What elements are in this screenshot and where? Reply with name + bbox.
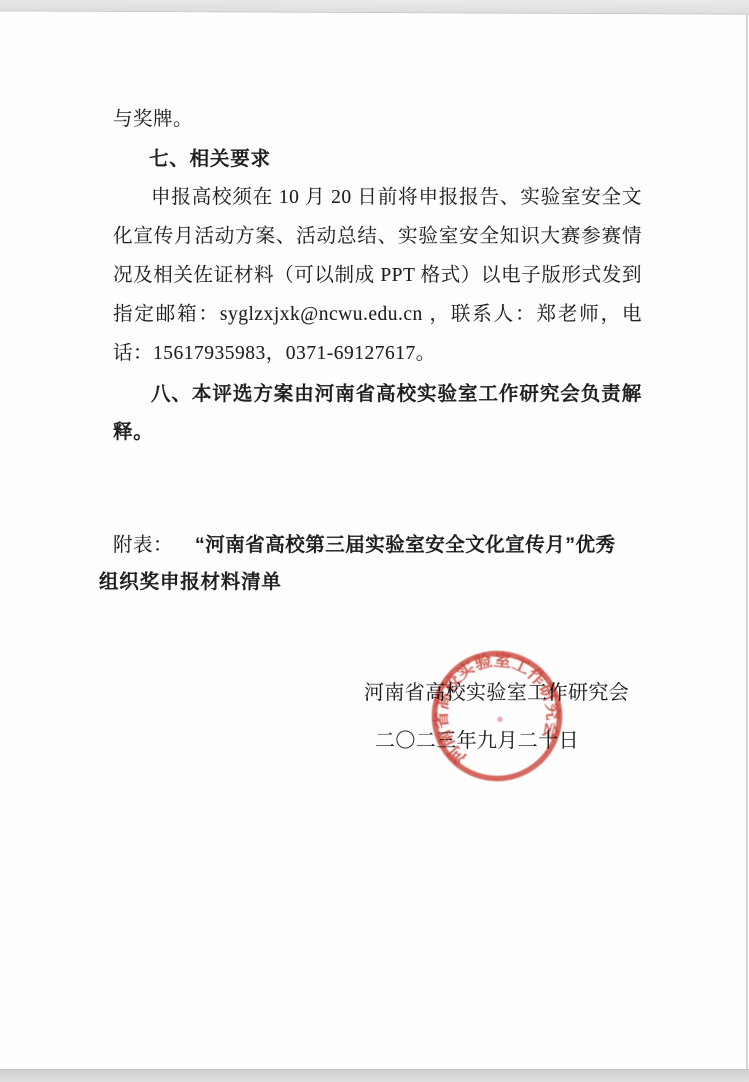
- para7-line-5-phone: 话：15617935983，0371-69127617。: [113, 338, 642, 370]
- seal-center-mark: [497, 716, 503, 722]
- para7-line-4-email: 指定邮箱：syglzxjxk@ncwu.edu.cn ，联系人：郑老师，电: [113, 299, 642, 331]
- attachment-title-part2: 组织奖申报材料清单: [99, 566, 628, 598]
- para8-line-1: 八、本评选方案由河南省高校实验室工作研究会负责解: [113, 378, 642, 410]
- scan-edge-right: [746, 14, 748, 1069]
- para7-line-2: 化宣传月活动方案、活动总结、实验室安全知识大赛参赛情: [113, 221, 642, 253]
- official-seal-stamp: 河南省高校实验室工作研究会: [411, 630, 583, 802]
- paragraph-tail-line: 与奖牌。: [113, 104, 642, 136]
- para7-line-1: 申报高校须在 10 月 20 日前将申报报告、实验室安全文: [113, 182, 642, 214]
- para7-line-3: 况及相关佐证材料（可以制成 PPT 格式）以电子版形式发到: [113, 260, 642, 292]
- attachment-label: 附表：: [113, 535, 173, 556]
- attachment-line: 附表：“河南省高校第三届实验室安全文化宣传月”优秀: [113, 529, 642, 561]
- attachment-title-part1: “河南省高校第三届实验室安全文化宣传月”优秀: [195, 534, 616, 556]
- para8-line-2: 释。: [113, 416, 642, 448]
- section-7-heading: 七、相关要求: [113, 143, 642, 175]
- document-body: 与奖牌。 七、相关要求 申报高校须在 10 月 20 日前将申报报告、实验室安全…: [113, 0, 642, 1082]
- scanned-document-page: 与奖牌。 七、相关要求 申报高校须在 10 月 20 日前将申报报告、实验室安全…: [0, 0, 749, 1082]
